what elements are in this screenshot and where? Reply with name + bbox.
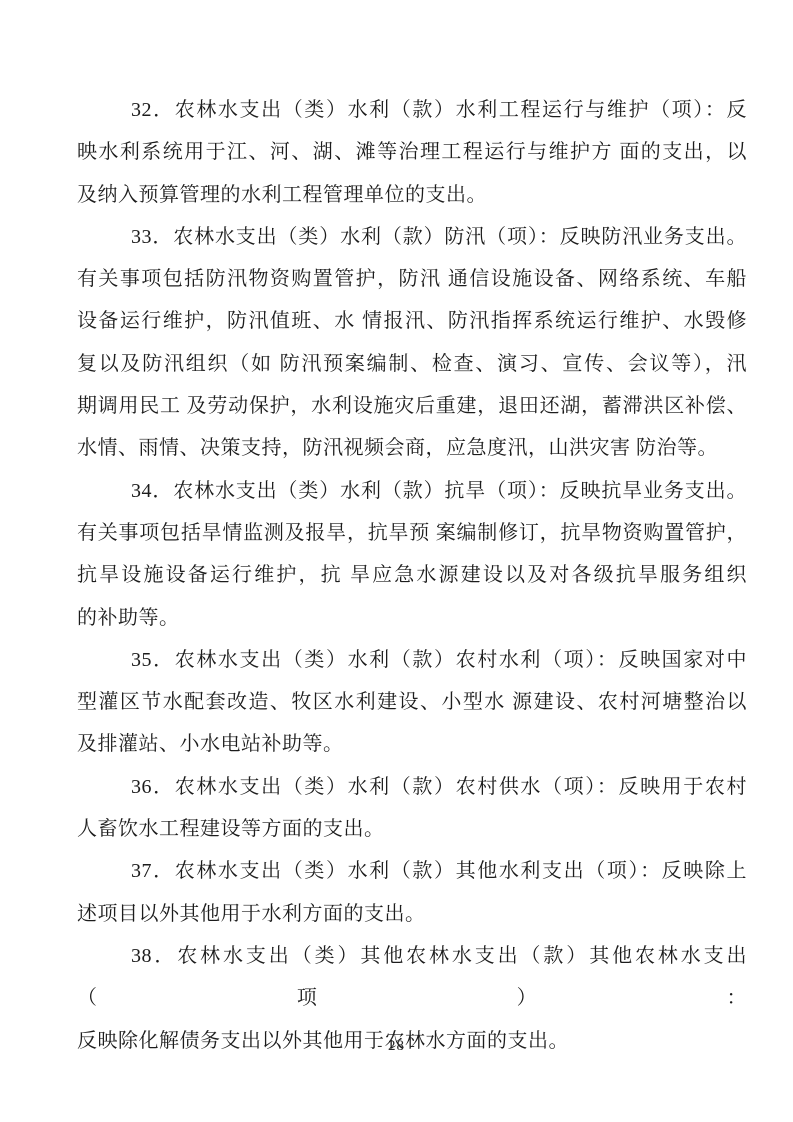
paragraph-item-34: 34．农林水支出（类）水利（款）抗旱（项）：反映抗旱业务支出。有关事项包括旱情监… bbox=[77, 470, 747, 639]
text-line: 38．农林水支出（类）其他农林水支出（款）其他农林水支出（项）： bbox=[77, 935, 747, 1020]
document-body: 32．农林水支出（类）水利（款）水利工程运行与维护（项）：反映水利系统用于江、河… bbox=[77, 89, 747, 1062]
paragraph-item-35: 35．农林水支出（类）水利（款）农村水利（项）：反映国家对中型灌区节水配套改造、… bbox=[77, 639, 747, 766]
text-line: 32．农林水支出（类）水利（款）水利工程运行与维护（项）：反 bbox=[77, 89, 747, 131]
text-line: 水情、雨情、决策支持，防汛视频会商，应急度汛，山洪灾害 防治等。 bbox=[77, 427, 747, 469]
text-line: 有关事项包括旱情监测及报旱，抗旱预 案编制修订，抗旱物资购置管护， bbox=[77, 512, 747, 554]
text-line: 有关事项包括防汛物资购置管护，防汛 通信设施设备、网络系统、车船 bbox=[77, 258, 747, 300]
text-line: 34．农林水支出（类）水利（款）抗旱（项）：反映抗旱业务支出。 bbox=[77, 470, 747, 512]
page-footer: - 28 - bbox=[0, 1036, 793, 1056]
paragraph-item-33: 33．农林水支出（类）水利（款）防汛（项）：反映防汛业务支出。有关事项包括防汛物… bbox=[77, 216, 747, 470]
text-line: 人畜饮水工程建设等方面的支出。 bbox=[77, 808, 747, 850]
text-line: 33．农林水支出（类）水利（款）防汛（项）：反映防汛业务支出。 bbox=[77, 216, 747, 258]
text-line: 复以及防汛组织（如 防汛预案编制、检查、演习、宣传、会议等），汛 bbox=[77, 343, 747, 385]
paragraph-item-36: 36．农林水支出（类）水利（款）农村供水（项）：反映用于农村人畜饮水工程建设等方… bbox=[77, 766, 747, 851]
document-page: 32．农林水支出（类）水利（款）水利工程运行与维护（项）：反映水利系统用于江、河… bbox=[0, 0, 793, 1122]
text-line: 37．农林水支出（类）水利（款）其他水利支出（项）：反映除上 bbox=[77, 850, 747, 892]
text-line: 及纳入预算管理的水利工程管理单位的支出。 bbox=[77, 174, 747, 216]
text-line: 35．农林水支出（类）水利（款）农村水利（项）：反映国家对中 bbox=[77, 639, 747, 681]
page-number: - 28 - bbox=[377, 1038, 416, 1054]
text-line: 及排灌站、小水电站补助等。 bbox=[77, 723, 747, 765]
text-line: 型灌区节水配套改造、牧区水利建设、小型水 源建设、农村河塘整治以 bbox=[77, 681, 747, 723]
paragraph-item-37: 37．农林水支出（类）水利（款）其他水利支出（项）：反映除上述项目以外其他用于水… bbox=[77, 850, 747, 935]
text-line: 映水利系统用于江、河、湖、滩等治理工程运行与维护方 面的支出，以 bbox=[77, 131, 747, 173]
text-line: 期调用民工 及劳动保护，水利设施灾后重建，退田还湖，蓄滞洪区补偿、 bbox=[77, 385, 747, 427]
text-line: 抗旱设施设备运行维护，抗 旱应急水源建设以及对各级抗旱服务组织 bbox=[77, 554, 747, 596]
text-line: 的补助等。 bbox=[77, 597, 747, 639]
text-line: 述项目以外其他用于水利方面的支出。 bbox=[77, 893, 747, 935]
text-line: 设备运行维护，防汛值班、水 情报汛、防汛指挥系统运行维护、水毁修 bbox=[77, 300, 747, 342]
text-line: 36．农林水支出（类）水利（款）农村供水（项）：反映用于农村 bbox=[77, 766, 747, 808]
paragraph-item-32: 32．农林水支出（类）水利（款）水利工程运行与维护（项）：反映水利系统用于江、河… bbox=[77, 89, 747, 216]
